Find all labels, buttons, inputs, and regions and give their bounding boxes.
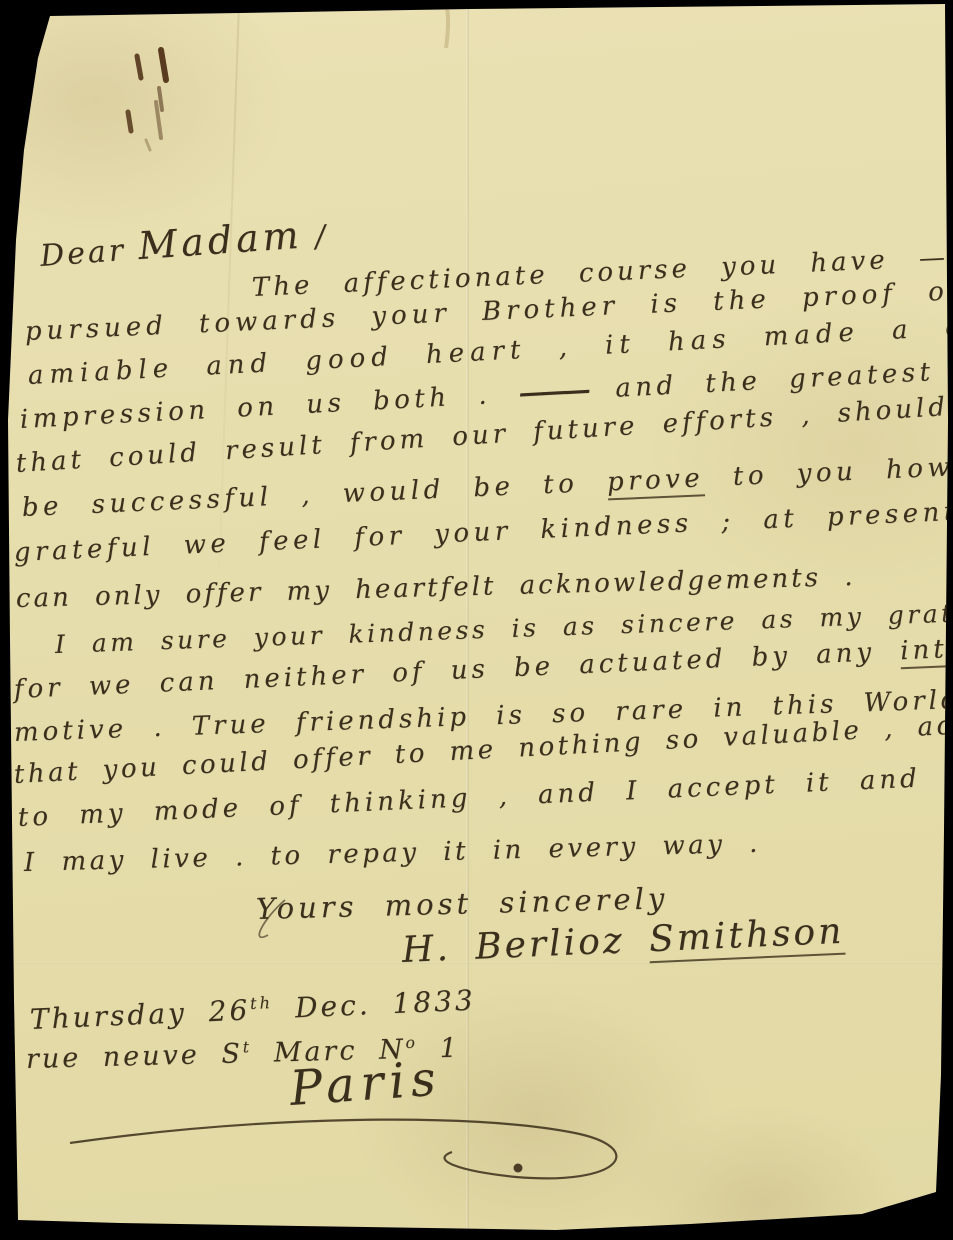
underlined-word: interested [900, 629, 953, 670]
signature-pre: H. Berlioz [401, 919, 650, 971]
top-fold-stain [446, 8, 448, 48]
salutation-pre: Dear [39, 232, 140, 274]
date-post: Dec. 1833 [272, 984, 476, 1026]
photo-stage: Dear Madam / The affectionate course you… [0, 0, 953, 1240]
address-superscript: o [405, 1033, 418, 1052]
heavy-dash: ——— [518, 375, 588, 409]
letter-line: I may live . to repay it in every way . [24, 830, 762, 879]
line-text: be successful , would be to [21, 467, 607, 523]
address-pre: rue neuve S [26, 1038, 244, 1075]
dateline: Thursday 26th Dec. 1833 [29, 985, 476, 1037]
date-superscript: th [250, 993, 274, 1013]
date-pre: Thursday 26 [29, 993, 251, 1036]
letter-paper: Dear Madam / The affectionate course you… [0, 0, 953, 1240]
signature-name: Smithson [648, 911, 845, 963]
city-line: Paris [288, 1051, 443, 1117]
closing-line: Yours most sincerely [256, 882, 669, 926]
line-text: to you how truly [704, 447, 953, 493]
underlined-word: prove [606, 463, 705, 500]
salutation-slash: / [301, 219, 329, 256]
ink-blot-marks [128, 50, 166, 150]
salutation-name: Madam [137, 213, 304, 268]
paris-flourish [70, 1120, 616, 1179]
salutation-line: Dear Madam / [38, 212, 329, 276]
paris-flourish-ink-dot [514, 1164, 523, 1173]
